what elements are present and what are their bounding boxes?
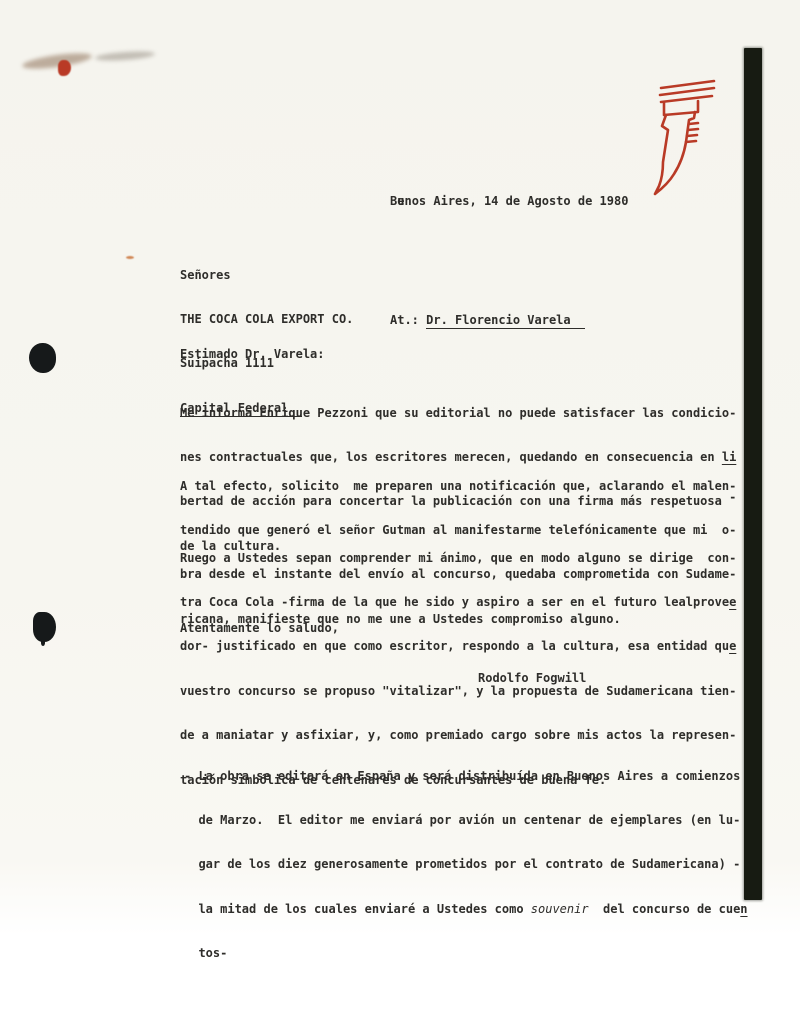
- closing: Atentamente lo saludo,: [180, 621, 339, 636]
- postscript-line: la mitad de los cuales enviaré a Ustedes…: [184, 902, 748, 917]
- recipient-company: THE COCA COLA EXPORT CO.: [180, 312, 353, 327]
- ink-blot-top: [29, 343, 56, 373]
- body-line: Ruego a Ustedes sepan comprender mi ánim…: [180, 551, 736, 566]
- body-line: Me informa Enrique Pezzoni que su editor…: [180, 406, 736, 421]
- attention-label: At.:: [390, 313, 426, 327]
- recipient-line: Señores: [180, 268, 353, 283]
- postscript-line: - La obra se editará en España y será di…: [184, 769, 748, 784]
- postscript: - La obra se editará en España y será di…: [184, 739, 748, 991]
- attention-line: At.: Dr. Florencio Varela: [390, 313, 585, 329]
- body-line: dor- justificado en que como escritor, r…: [180, 639, 736, 654]
- orange-speck: [126, 256, 134, 259]
- signature: Rodolfo Fogwill: [478, 671, 586, 686]
- body-line: A tal efecto, solicito me preparen una n…: [180, 479, 736, 494]
- date-line: Buenos Aires, 14 de Agosto de 1980: [390, 194, 628, 209]
- postscript-line: gar de los diez generosamente prometidos…: [184, 857, 748, 872]
- postscript-line: tos-: [184, 946, 748, 961]
- pen-nib-logo-icon: [628, 72, 724, 196]
- scanned-letter: Buenos Aires, 14 de Agosto de 1980 Señor…: [0, 0, 800, 1035]
- ink-blot-bottom: [33, 612, 56, 642]
- body-line: vuestro concurso se propuso "vitalizar",…: [180, 684, 736, 699]
- body-line: tra Coca Cola -firma de la que he sido y…: [180, 595, 736, 610]
- postscript-line: de Marzo. El editor me enviará por avión…: [184, 813, 748, 828]
- attention-name: Dr. Florencio Varela: [426, 313, 585, 329]
- salutation: Estimado Dr. Varela:: [180, 347, 325, 362]
